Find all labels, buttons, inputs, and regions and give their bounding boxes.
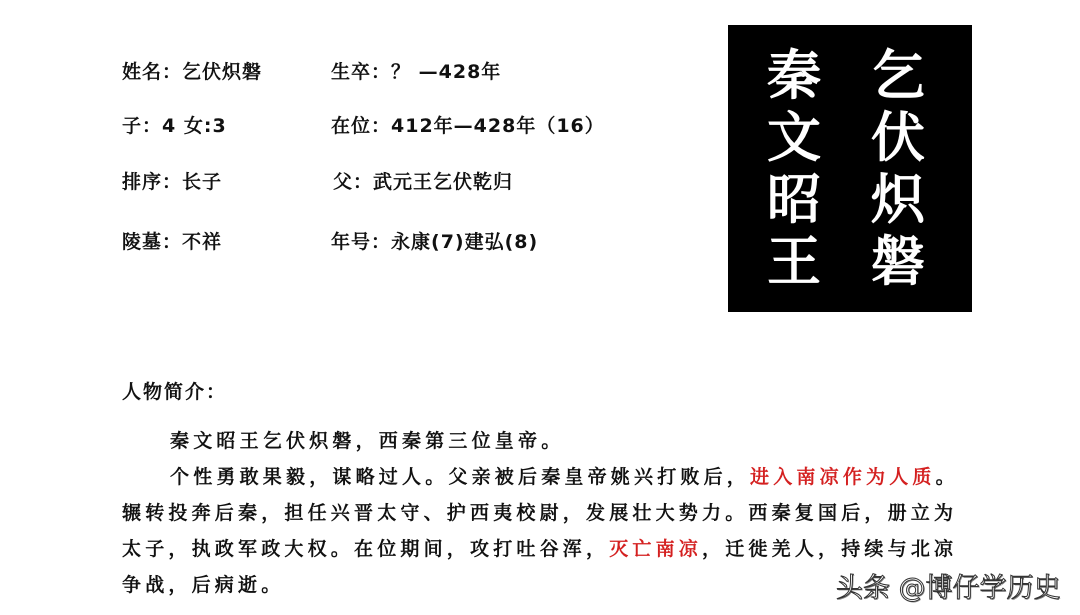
tomb-value: 不祥 <box>182 231 222 253</box>
title-panel: 秦 文 昭 王 乞 伏 炽 磐 <box>728 25 972 312</box>
tomb-field: 陵墓：不祥 <box>122 230 222 254</box>
title-char: 秦 <box>767 45 821 107</box>
name-label: 姓名： <box>122 61 182 83</box>
era-names-field: 年号：永康(7)建弘(8) <box>331 230 538 254</box>
title-char: 昭 <box>767 169 821 231</box>
reign-label: 在位： <box>331 115 391 137</box>
watermark: 头条 @博仔学历史 <box>836 566 1061 605</box>
bio-text: 个性勇敢果毅，谋略过人。父亲被后秦皇帝姚兴打败后， <box>170 466 750 488</box>
birth-order-label: 排序： <box>122 171 182 193</box>
children-value: 4 女:3 <box>162 115 227 137</box>
lifespan-label: 生卒： <box>331 61 391 83</box>
title-column-name: 乞 伏 炽 磐 <box>868 45 928 293</box>
birth-order-field: 排序：长子 <box>122 170 222 194</box>
tomb-label: 陵墓： <box>122 231 182 253</box>
name-value: 乞伏炽磐 <box>182 61 262 83</box>
highlight-destroy-southern-liang: 灭亡南凉 <box>609 538 702 560</box>
title-char: 王 <box>767 231 821 293</box>
title-column-posthumous: 秦 文 昭 王 <box>764 45 824 293</box>
father-label: 父： <box>333 171 373 193</box>
lifespan-value: ？ —428年 <box>391 61 501 83</box>
title-char: 伏 <box>871 107 925 169</box>
father-field: 父：武元王乞伏乾归 <box>333 170 513 194</box>
father-value: 武元王乞伏乾归 <box>373 171 513 193</box>
title-char: 文 <box>767 107 821 169</box>
era-names-label: 年号： <box>331 231 391 253</box>
children-field: 子：4 女:3 <box>122 114 227 138</box>
reign-field: 在位：412年—428年（16） <box>331 114 605 138</box>
era-names-value: 永康(7)建弘(8) <box>391 231 538 253</box>
title-char: 炽 <box>871 169 925 231</box>
highlight-hostage: 进入南凉作为人质 <box>750 466 936 488</box>
title-char: 磐 <box>871 231 925 293</box>
lifespan-field: 生卒：？ —428年 <box>331 60 501 84</box>
bio-heading: 人物简介： <box>122 380 227 404</box>
birth-order-value: 长子 <box>182 171 222 193</box>
title-char: 乞 <box>871 45 925 107</box>
name-field: 姓名：乞伏炽磐 <box>122 60 262 84</box>
children-label: 子： <box>122 115 162 137</box>
reign-value: 412年—428年（16） <box>391 115 605 137</box>
bio-paragraph-1: 秦文昭王乞伏炽磐，西秦第三位皇帝。 <box>122 423 977 459</box>
